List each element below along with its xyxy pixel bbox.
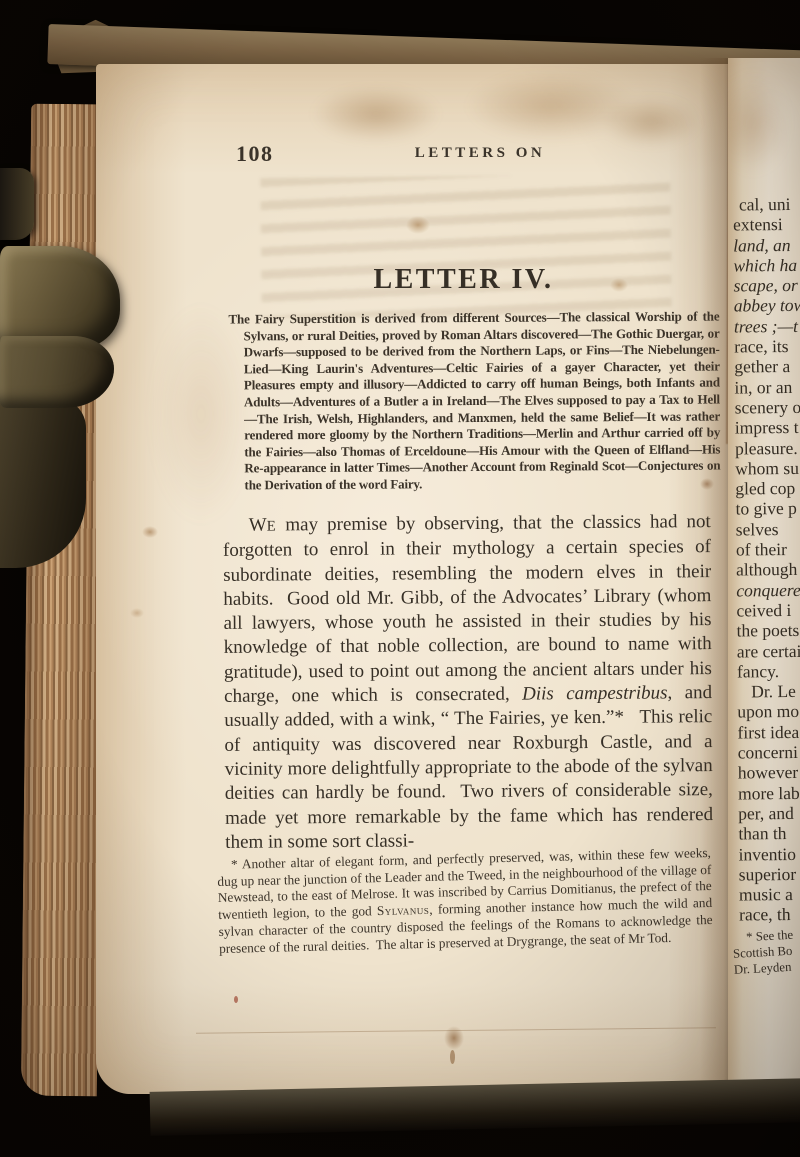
footnote: * Another altar of elegant form, and per… <box>217 845 713 957</box>
right-page: cal, uniextensiland, anwhich hascape, or… <box>728 58 800 1090</box>
right-page-footnote: * See theScottish BoDr. Leyden <box>732 924 800 978</box>
book-photo: 108 LETTERS ON LETTER IV. The Fairy Supe… <box>0 0 800 1157</box>
metal-clasp-upper <box>0 168 34 240</box>
chapter-summary: The Fairy Superstition is derived from d… <box>228 309 720 495</box>
stain <box>450 1050 455 1064</box>
stain <box>234 996 238 1003</box>
stain <box>728 73 788 173</box>
running-head: LETTERS ON <box>350 145 610 162</box>
metal-clasp <box>0 246 120 350</box>
stain <box>406 216 430 234</box>
body-text: WE may premise by observing, that the cl… <box>223 510 714 855</box>
stain <box>130 608 144 618</box>
stain <box>226 74 726 154</box>
showthrough-text-ghost <box>260 174 671 318</box>
metal-clasp-mid <box>0 336 114 408</box>
right-page-text: cal, uniextensiland, anwhich hascape, or… <box>733 194 800 926</box>
page-number: 108 <box>236 141 274 167</box>
left-page: 108 LETTERS ON LETTER IV. The Fairy Supe… <box>96 64 728 1094</box>
chapter-heading: LETTER IV. <box>276 264 651 296</box>
stain <box>142 526 158 538</box>
